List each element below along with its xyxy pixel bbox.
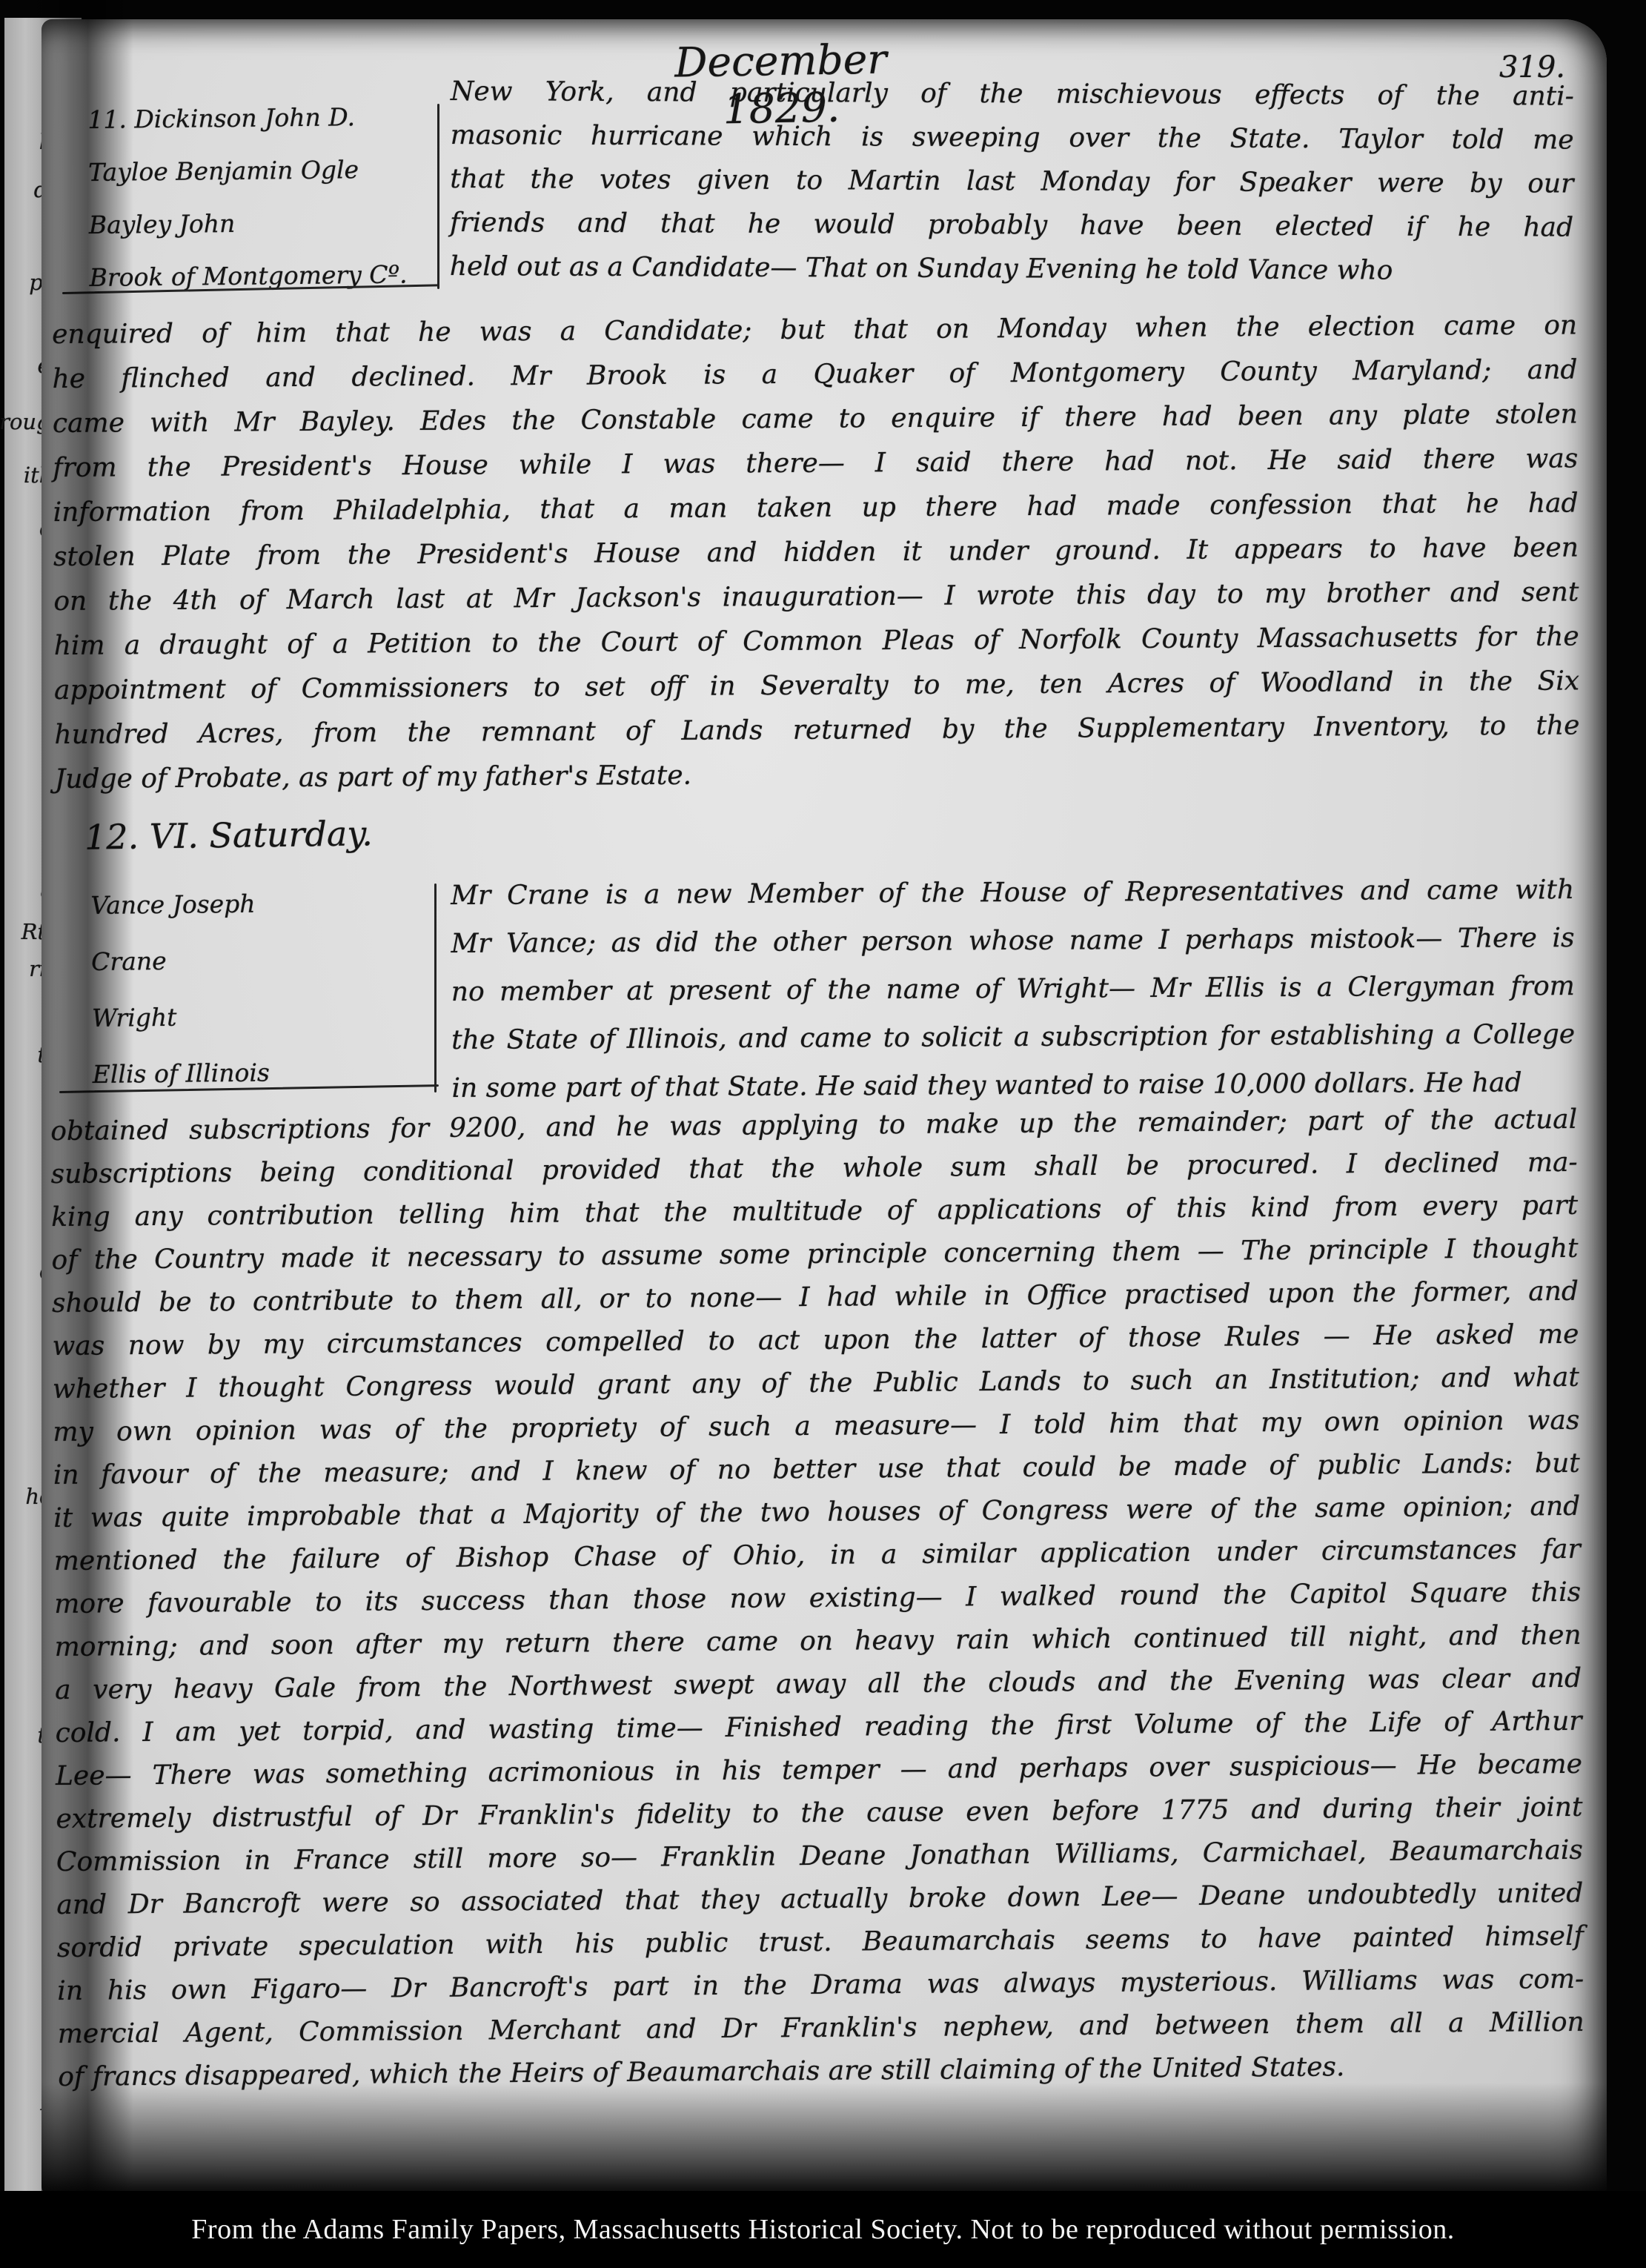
- manuscript-line: Judge of Probate, as part of my father's…: [55, 748, 1580, 802]
- manuscript-line: hundred Acres, from the remnant of Lands…: [54, 703, 1579, 757]
- margin-name: Vance Joseph: [90, 875, 268, 933]
- entry2-margin-names: Vance JosephCraneWrightEllis of Illinois: [90, 875, 270, 1102]
- caption-band: From the Adams Family Papers, Massachuse…: [0, 2191, 1646, 2268]
- entry2-full-width-text: obtained subscriptions for 9200, and he …: [50, 1098, 1584, 2099]
- entry1-margin-names: 11. Dickinson John D.Tayloe Benjamin Ogl…: [87, 90, 408, 304]
- entry1-full-width-text: enquired of him that he was a Candidate;…: [52, 303, 1580, 802]
- entry2-margin-bracket: [434, 883, 437, 1092]
- margin-name: Brook of Montgomery Cº.: [89, 248, 408, 303]
- archive-caption: From the Adams Family Papers, Massachuse…: [191, 2213, 1454, 2246]
- diary-page: December 1829. 319. 11. Dickinson John D…: [42, 19, 1607, 2194]
- margin-name: Tayloe Benjamin Ogle: [88, 143, 407, 199]
- manuscript-line: masonic hurricane which is sweeping over…: [450, 113, 1573, 162]
- manuscript-scan: htsdayokpre.entroughtith aed.ofmnredheay…: [0, 0, 1646, 2268]
- manuscript-line: no member at present of the name of Wrig…: [451, 962, 1575, 1016]
- entry2-indented-text: Mr Crane is a new Member of the House of…: [451, 866, 1576, 1113]
- manuscript-line: friends and that he would probably have …: [450, 201, 1573, 250]
- margin-name: 11. Dickinson John D.: [87, 90, 406, 146]
- margin-name: Ellis of Illinois: [92, 1044, 270, 1102]
- entry1-indented-text: New York, and particularly of the mischi…: [450, 70, 1574, 294]
- manuscript-line: New York, and particularly of the mischi…: [451, 70, 1574, 119]
- entry1-margin-bracket: [437, 104, 439, 289]
- manuscript-line: held out as a Candidate— That on Sunday …: [450, 245, 1573, 294]
- page-bottom-shadow: [42, 2083, 1607, 2194]
- margin-name: Bayley John: [88, 196, 407, 251]
- entry2-day-heading: 12. VI. Saturday.: [84, 813, 374, 857]
- manuscript-line: that the votes given to Martin last Mond…: [450, 157, 1573, 206]
- margin-name: Crane: [91, 932, 269, 989]
- manuscript-line: Mr Crane is a new Member of the House of…: [451, 866, 1574, 920]
- margin-name: Wright: [92, 988, 270, 1046]
- manuscript-line: the State of Illinois, and came to solic…: [451, 1010, 1575, 1064]
- manuscript-line: Mr Vance; as did the other person whose …: [451, 914, 1574, 968]
